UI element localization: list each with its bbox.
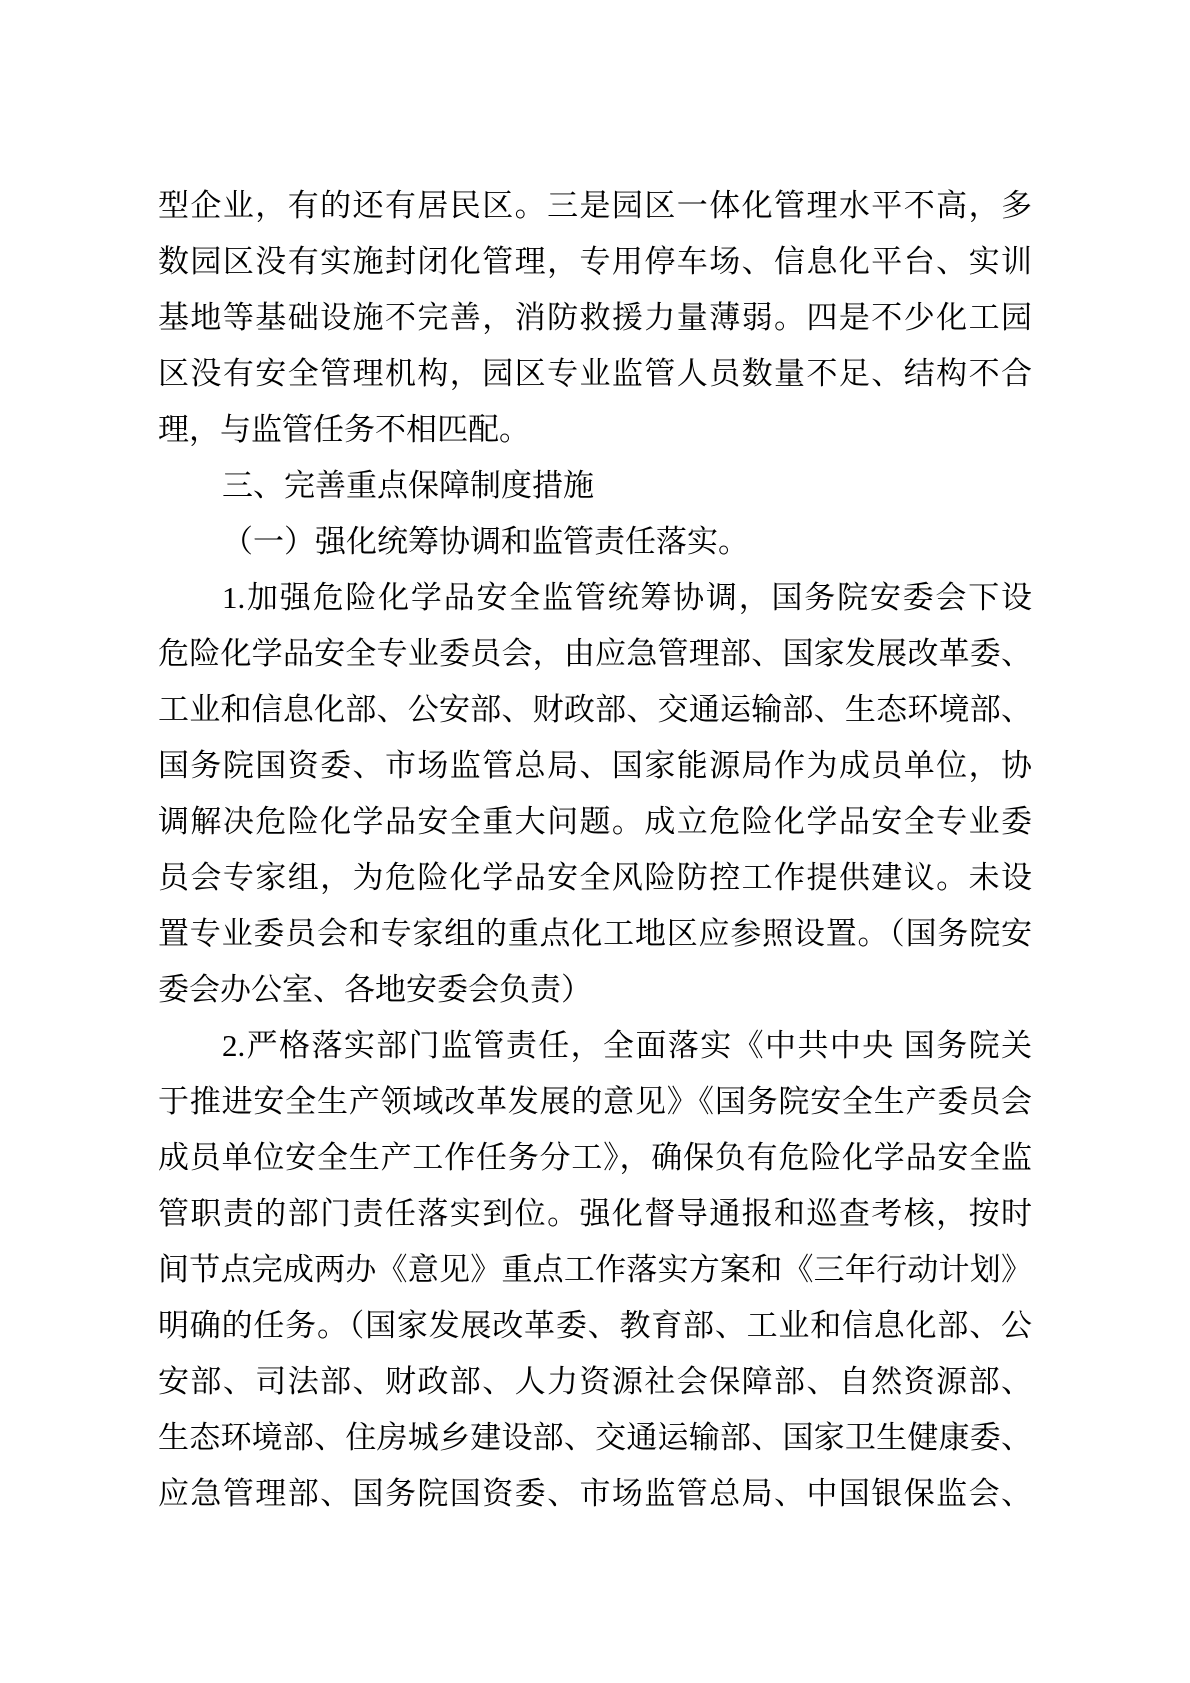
para-item-1: 1.加强危险化学品安全监管统筹协调，国务院安委会下设危险化学品安全专业委员会，由…: [158, 570, 1032, 1018]
text-line: 型企业，有的还有居民区。三是园区一体化管理水平不高，多: [158, 178, 1032, 234]
text-line: 2.严格落实部门监管责任，全面落实《中共中央 国务院关: [158, 1018, 1032, 1074]
text-line: 委会办公室、各地安委会负责）: [158, 962, 1032, 1018]
para-item-2: 2.严格落实部门监管责任，全面落实《中共中央 国务院关于推进安全生产领域改革发展…: [158, 1018, 1032, 1522]
text-line: （一）强化统筹协调和监管责任落实。: [158, 514, 1032, 570]
text-line: 置专业委员会和专家组的重点化工地区应参照设置。（国务院安: [158, 906, 1032, 962]
heading-section-three: 三、完善重点保障制度措施: [158, 458, 1032, 514]
document-page: 型企业，有的还有居民区。三是园区一体化管理水平不高，多数园区没有实施封闭化管理，…: [0, 0, 1190, 1683]
text-line: 区没有安全管理机构，园区专业监管人员数量不足、结构不合: [158, 346, 1032, 402]
text-line: 应急管理部、国务院国资委、市场监管总局、中国银保监会、: [158, 1466, 1032, 1522]
text-line: 安部、司法部、财政部、人力资源社会保障部、自然资源部、: [158, 1354, 1032, 1410]
text-line: 1.加强危险化学品安全监管统筹协调，国务院安委会下设: [158, 570, 1032, 626]
text-line: 危险化学品安全专业委员会，由应急管理部、国家发展改革委、: [158, 626, 1032, 682]
text-line: 调解决危险化学品安全重大问题。成立危险化学品安全专业委: [158, 794, 1032, 850]
text-line: 间节点完成两办《意见》重点工作落实方案和《三年行动计划》: [158, 1242, 1032, 1298]
text-line: 于推进安全生产领域改革发展的意见》《国务院安全生产委员会: [158, 1074, 1032, 1130]
text-line: 员会专家组，为危险化学品安全风险防控工作提供建议。未设: [158, 850, 1032, 906]
text-line: 国务院国资委、市场监管总局、国家能源局作为成员单位，协: [158, 738, 1032, 794]
para-continued-from-previous-page: 型企业，有的还有居民区。三是园区一体化管理水平不高，多数园区没有实施封闭化管理，…: [158, 178, 1032, 458]
text-line: 管职责的部门责任落实到位。强化督导通报和巡查考核，按时: [158, 1186, 1032, 1242]
text-line: 基地等基础设施不完善，消防救援力量薄弱。四是不少化工园: [158, 290, 1032, 346]
heading-subsection-one: （一）强化统筹协调和监管责任落实。: [158, 514, 1032, 570]
text-line: 明确的任务。（国家发展改革委、教育部、工业和信息化部、公: [158, 1298, 1032, 1354]
text-line: 生态环境部、住房城乡建设部、交通运输部、国家卫生健康委、: [158, 1410, 1032, 1466]
text-line: 工业和信息化部、公安部、财政部、交通运输部、生态环境部、: [158, 682, 1032, 738]
text-line: 三、完善重点保障制度措施: [158, 458, 1032, 514]
text-line: 理，与监管任务不相匹配。: [158, 402, 1032, 458]
text-line: 成员单位安全生产工作任务分工》，确保负有危险化学品安全监: [158, 1130, 1032, 1186]
text-line: 数园区没有实施封闭化管理，专用停车场、信息化平台、实训: [158, 234, 1032, 290]
document-body: 型企业，有的还有居民区。三是园区一体化管理水平不高，多数园区没有实施封闭化管理，…: [158, 178, 1032, 1522]
